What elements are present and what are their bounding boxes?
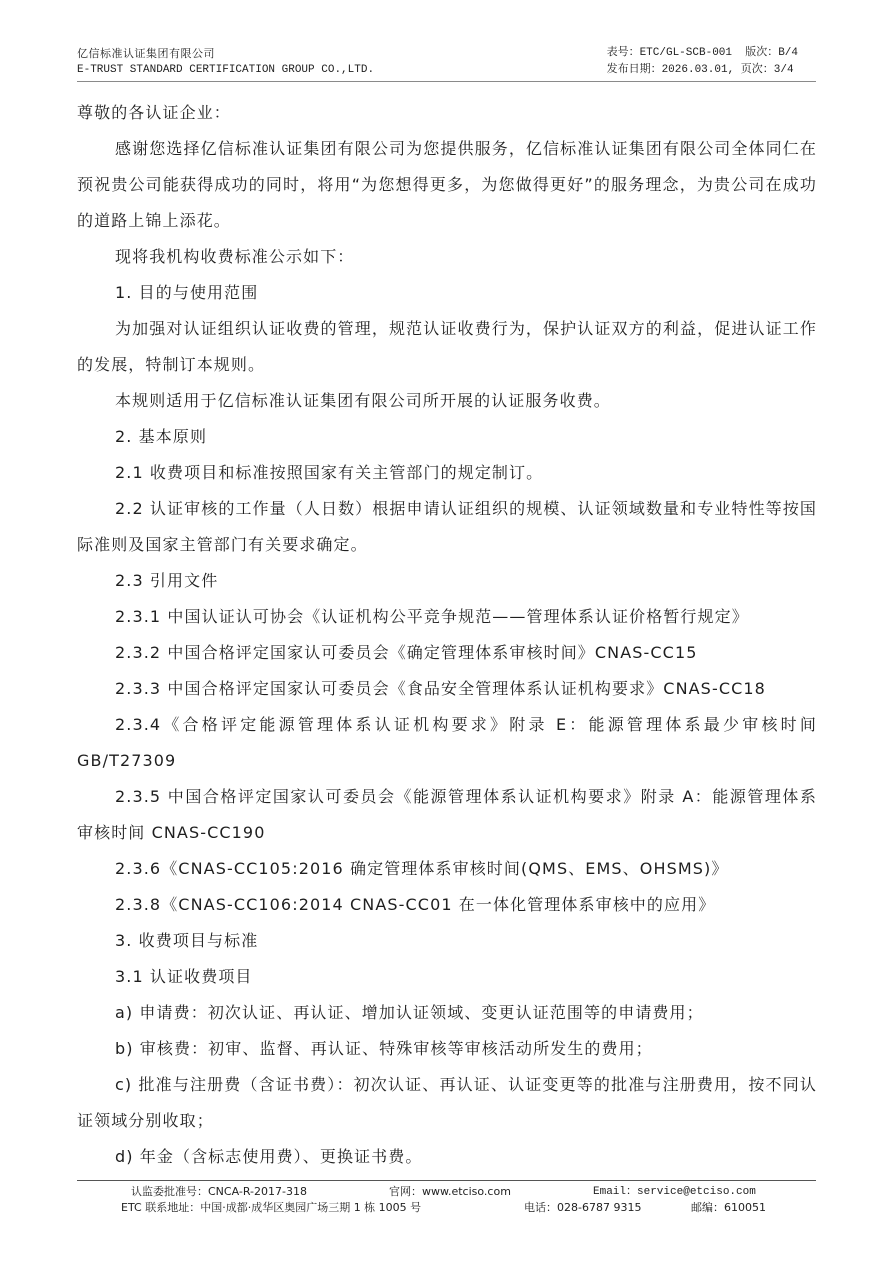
page-header: 亿信标准认证集团有限公司 E-TRUST STANDARD CERTIFICAT… — [77, 45, 816, 82]
issue-date-page: 发布日期：2026.03.01, 页次：3/4 — [607, 62, 798, 79]
scope-paragraph: 本规则适用于亿信标准认证集团有限公司所开展的认证服务收费。 — [77, 383, 817, 419]
email-link[interactable]: Email：service@etciso.com — [593, 1184, 756, 1200]
contact-address: ETC 联系地址：中国·成都·成华区奥园广场三期 1 栋 1005 号 — [121, 1200, 421, 1216]
fee-item-c: c) 批准与注册费（含证书费）：初次认证、再认证、认证变更等的批准与注册费用，按… — [77, 1067, 817, 1139]
reference-2-3-1: 2.3.1 中国认证认可协会《认证机构公平竞争规范——管理体系认证价格暂行规定》 — [77, 599, 817, 635]
clause-2-1: 2.1 收费项目和标准按照国家有关主管部门的规定制订。 — [77, 455, 817, 491]
reference-2-3-2: 2.3.2 中国合格评定国家认可委员会《确定管理体系审核时间》CNAS-CC15 — [77, 635, 817, 671]
company-name-en: E-TRUST STANDARD CERTIFICATION GROUP CO.… — [77, 62, 374, 79]
website-link[interactable]: 官网：www.etciso.com — [389, 1184, 511, 1200]
header-doc-info: 表号：ETC/GL-SCB-001 版次：B/4 发布日期：2026.03.01… — [607, 45, 798, 79]
salutation: 尊敬的各认证企业： — [77, 95, 817, 131]
clause-2-3: 2.3 引用文件 — [77, 563, 817, 599]
approval-number: 认监委批准号：CNCA-R-2017-318 — [131, 1184, 307, 1200]
intro-paragraph: 感谢您选择亿信标准认证集团有限公司为您提供服务，亿信标准认证集团有限公司全体同仁… — [77, 131, 817, 239]
fee-item-a: a) 申请费：初次认证、再认证、增加认证领域、变更认证范围等的申请费用； — [77, 995, 817, 1031]
section-heading-2: 2. 基本原则 — [77, 419, 817, 455]
reference-2-3-4: 2.3.4《合格评定能源管理体系认证机构要求》附录 E：能源管理体系最少审核时间… — [77, 707, 817, 779]
section-heading-1: 1. 目的与使用范围 — [77, 275, 817, 311]
reference-2-3-8: 2.3.8《CNAS-CC106:2014 CNAS-CC01 在一体化管理体系… — [77, 887, 817, 923]
reference-2-3-5: 2.3.5 中国合格评定国家认可委员会《能源管理体系认证机构要求》附录 A：能源… — [77, 779, 817, 851]
document-body: 尊敬的各认证企业： 感谢您选择亿信标准认证集团有限公司为您提供服务，亿信标准认证… — [77, 95, 817, 1175]
company-name-cn: 亿信标准认证集团有限公司 — [77, 45, 374, 62]
reference-2-3-3: 2.3.3 中国合格评定国家认可委员会《食品安全管理体系认证机构要求》CNAS-… — [77, 671, 817, 707]
page-footer: 认监委批准号：CNCA-R-2017-318 官网：www.etciso.com… — [77, 1180, 816, 1216]
clause-2-2: 2.2 认证审核的工作量（人日数）根据申请认证组织的规模、认证领域数量和专业特性… — [77, 491, 817, 563]
fee-item-b: b) 审核费：初审、监督、再认证、特殊审核等审核活动所发生的费用； — [77, 1031, 817, 1067]
purpose-paragraph: 为加强对认证组织认证收费的管理，规范认证收费行为，保护认证双方的利益，促进认证工… — [77, 311, 817, 383]
phone-number: 电话：028-6787 9315 — [524, 1200, 641, 1216]
section-heading-3: 3. 收费项目与标准 — [77, 923, 817, 959]
clause-3-1: 3.1 认证收费项目 — [77, 959, 817, 995]
footer-row-1: 认监委批准号：CNCA-R-2017-318 官网：www.etciso.com… — [77, 1184, 816, 1200]
postcode: 邮编：610051 — [691, 1200, 766, 1216]
announcement-line: 现将我机构收费标准公示如下： — [77, 239, 817, 275]
form-number: 表号：ETC/GL-SCB-001 版次：B/4 — [607, 45, 798, 62]
header-company: 亿信标准认证集团有限公司 E-TRUST STANDARD CERTIFICAT… — [77, 45, 374, 79]
fee-item-d: d) 年金（含标志使用费）、更换证书费。 — [77, 1139, 817, 1175]
footer-row-2: ETC 联系地址：中国·成都·成华区奥园广场三期 1 栋 1005 号 电话：0… — [77, 1200, 816, 1216]
reference-2-3-6: 2.3.6《CNAS-CC105:2016 确定管理体系审核时间(QMS、EMS… — [77, 851, 817, 887]
